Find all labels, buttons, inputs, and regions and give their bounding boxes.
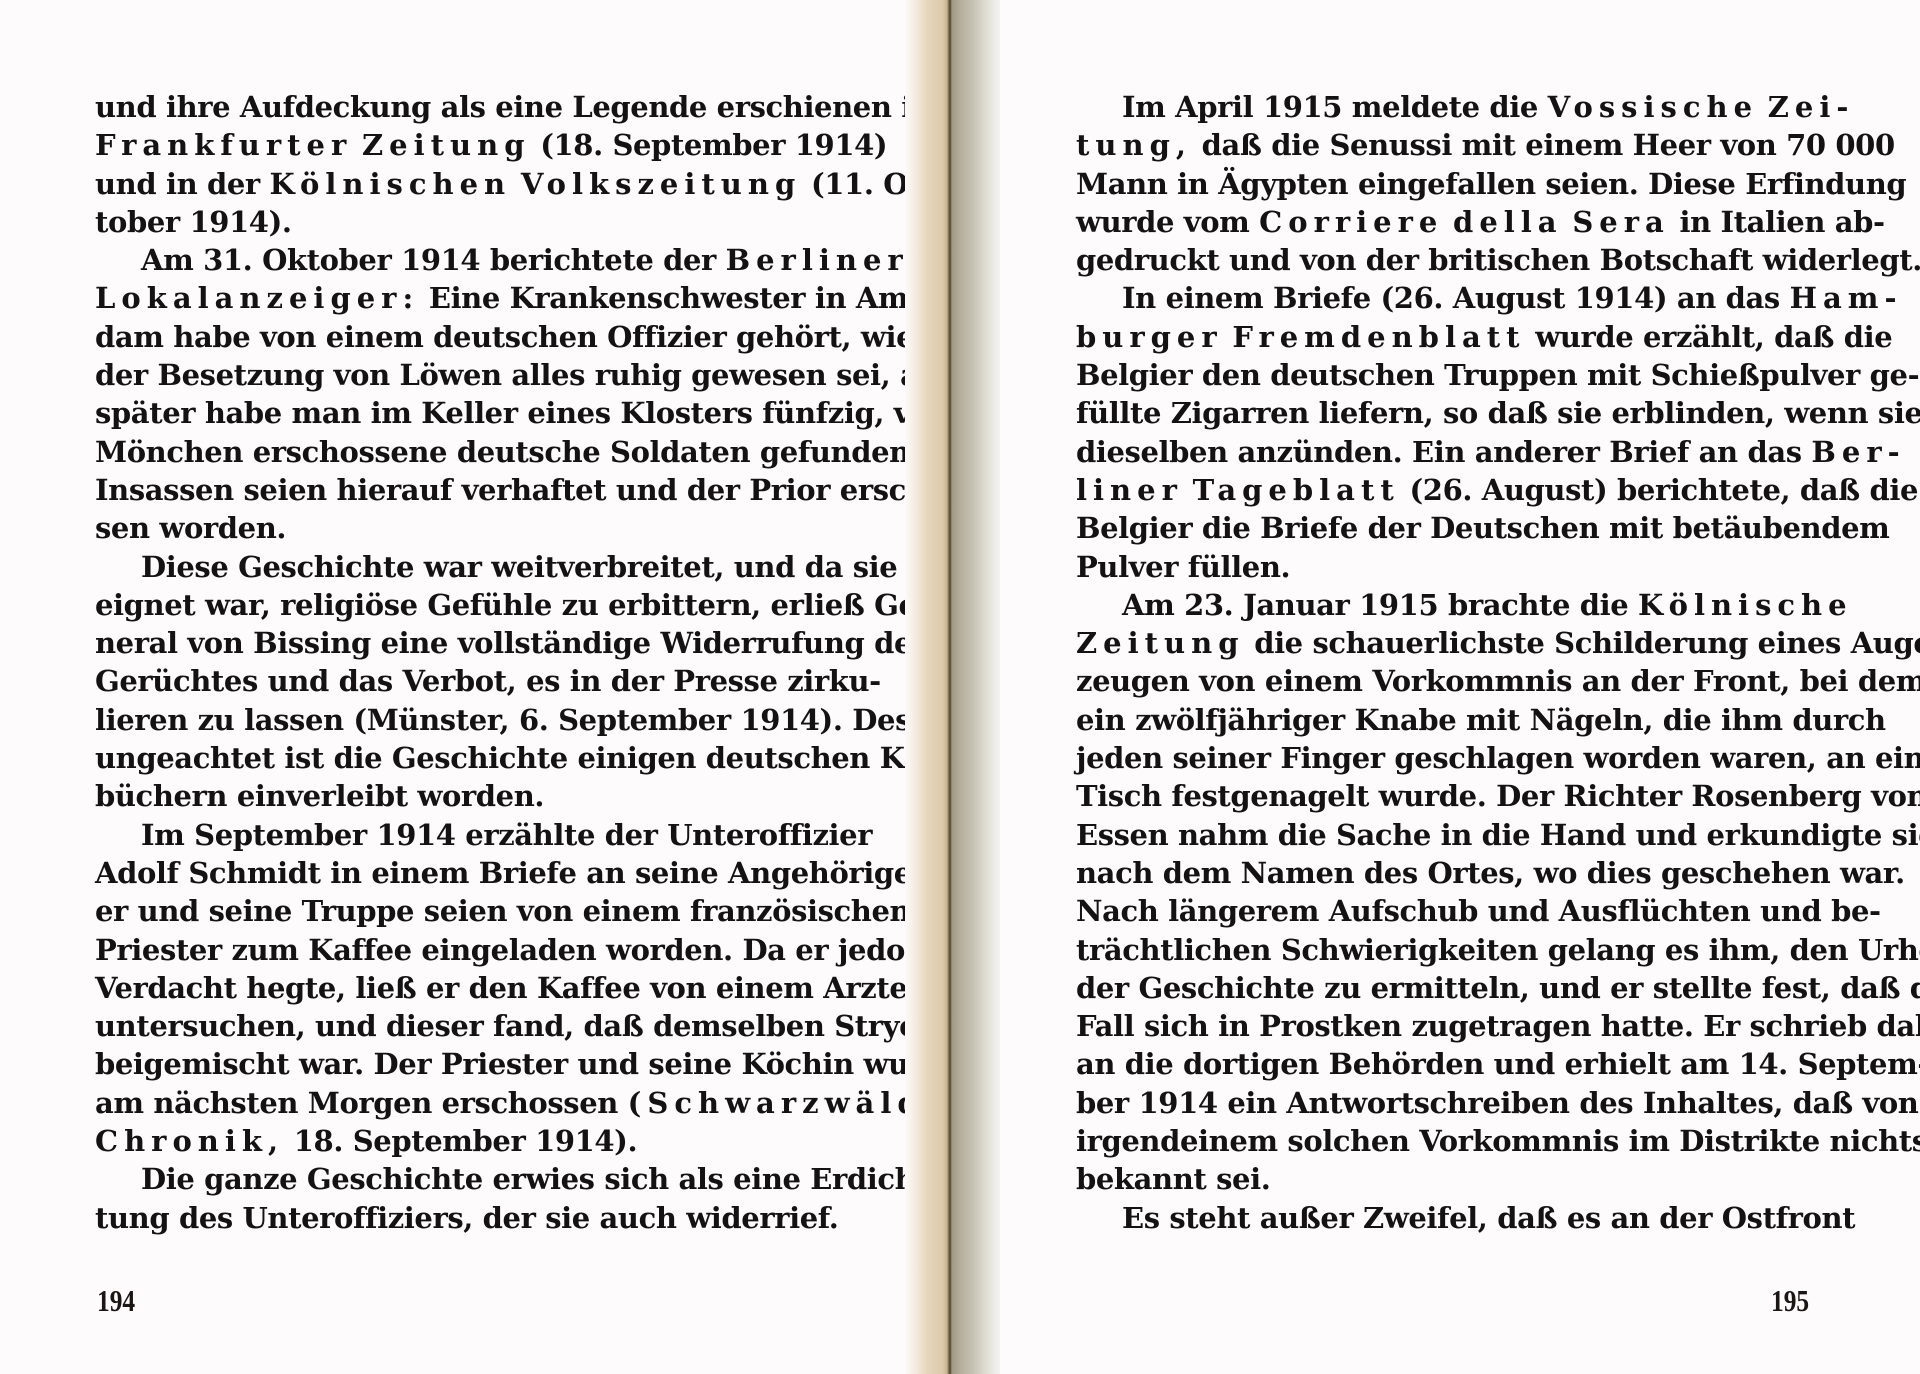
text-line: Pulver füllen. xyxy=(1076,548,1808,586)
text-line: Fall sich in Prostken zugetragen hatte. … xyxy=(1076,1007,1808,1045)
text-line: Mann in Ägypten eingefallen seien. Diese… xyxy=(1076,165,1808,203)
text-line: an die dortigen Behörden und erhielt am … xyxy=(1076,1045,1808,1083)
text-line: burger Fremdenblatt wurde erzählt, daß d… xyxy=(1076,318,1808,356)
text-line: dieselben anzünden. Ein anderer Brief an… xyxy=(1076,433,1808,471)
text-line: Im September 1914 erzählte der Unteroffi… xyxy=(95,816,827,854)
text-line: ber 1914 ein Antwortschreiben des Inhalt… xyxy=(1076,1084,1808,1122)
text-line: nach dem Namen des Ortes, wo dies gesche… xyxy=(1076,854,1808,892)
text-line: Gerüchtes und das Verbot, es in der Pres… xyxy=(95,662,827,700)
text-line: Diese Geschichte war weitverbreitet, und… xyxy=(95,548,827,586)
text-line: dam habe von einem deutschen Offizier ge… xyxy=(95,318,827,356)
text-line: ungeachtet ist die Geschichte einigen de… xyxy=(95,739,827,777)
book-spread: und ihre Aufdeckung als eine Legende ers… xyxy=(0,0,1920,1374)
text-line: Belgier den deutschen Truppen mit Schieß… xyxy=(1076,356,1808,394)
text-line: Die ganze Geschichte erwies sich als ein… xyxy=(95,1160,827,1198)
text-line: eignet war, religiöse Gefühle zu erbitte… xyxy=(95,586,827,624)
text-line: irgendeinem solchen Vorkommnis im Distri… xyxy=(1076,1122,1808,1160)
left-page: und ihre Aufdeckung als eine Legende ers… xyxy=(0,0,920,1374)
text-line: wurde vom Corriere della Sera in Italien… xyxy=(1076,203,1808,241)
text-line: sen worden. xyxy=(95,509,827,547)
text-line: am nächsten Morgen erschossen (Schwarzwä… xyxy=(95,1084,827,1122)
text-line: der Geschichte zu ermitteln, und er stel… xyxy=(1076,969,1808,1007)
text-line: Mönchen erschossene deutsche Soldaten ge… xyxy=(95,433,827,471)
text-line: Verdacht hegte, ließ er den Kaffee von e… xyxy=(95,969,827,1007)
text-line: liner Tageblatt (26. August) berichtete,… xyxy=(1076,471,1808,509)
text-line: zeugen von einem Vorkommnis an der Front… xyxy=(1076,662,1808,700)
left-page-text: und ihre Aufdeckung als eine Legende ers… xyxy=(95,88,827,1237)
text-line: Insassen seien hierauf verhaftet und der… xyxy=(95,471,827,509)
text-line: beigemischt war. Der Priester und seine … xyxy=(95,1045,827,1083)
text-line: tober 1914). xyxy=(95,203,827,241)
page-number-left: 194 xyxy=(97,1283,135,1319)
text-line: ein zwölfjähriger Knabe mit Nägeln, die … xyxy=(1076,701,1808,739)
text-line: bekannt sei. xyxy=(1076,1160,1808,1198)
text-line: der Besetzung von Löwen alles ruhig gewe… xyxy=(95,356,827,394)
text-line: Belgier die Briefe der Deutschen mit bet… xyxy=(1076,509,1808,547)
text-line: und in der Kölnischen Volkszeitung (11. … xyxy=(95,165,827,203)
text-line: lieren zu lassen (Münster, 6. September … xyxy=(95,701,827,739)
text-line: Chronik, 18. September 1914). xyxy=(95,1122,827,1160)
book-gutter xyxy=(905,0,1015,1374)
text-line: füllte Zigarren liefern, so daß sie erbl… xyxy=(1076,394,1808,432)
text-line: und ihre Aufdeckung als eine Legende ers… xyxy=(95,88,827,126)
text-line: büchern einverleibt worden. xyxy=(95,777,827,815)
text-line: Lokalanzeiger: Eine Krankenschwester in … xyxy=(95,279,827,317)
text-line: Priester zum Kaffee eingeladen worden. D… xyxy=(95,931,827,969)
text-line: jeden seiner Finger geschlagen worden wa… xyxy=(1076,739,1808,777)
text-line: er und seine Truppe seien von einem fran… xyxy=(95,892,827,930)
text-line: Im April 1915 meldete die Vossische Zei- xyxy=(1076,88,1808,126)
text-line: Nach längerem Aufschub und Ausflüchten u… xyxy=(1076,892,1808,930)
text-line: tung des Unteroffiziers, der sie auch wi… xyxy=(95,1199,827,1237)
text-line: Tisch festgenagelt wurde. Der Richter Ro… xyxy=(1076,777,1808,815)
text-line: Am 31. Oktober 1914 berichtete der Berli… xyxy=(95,241,827,279)
text-line: In einem Briefe (26. August 1914) an das… xyxy=(1076,279,1808,317)
text-line: Am 23. Januar 1915 brachte die Kölnische xyxy=(1076,586,1808,624)
text-line: Frankfurter Zeitung (18. September 1914) xyxy=(95,126,827,164)
text-line: Adolf Schmidt in einem Briefe an seine A… xyxy=(95,854,827,892)
text-line: trächtlichen Schwierigkeiten gelang es i… xyxy=(1076,931,1808,969)
text-line: neral von Bissing eine vollständige Wide… xyxy=(95,624,827,662)
text-line: später habe man im Keller eines Klosters… xyxy=(95,394,827,432)
text-line: tung, daß die Senussi mit einem Heer von… xyxy=(1076,126,1808,164)
page-number-right: 195 xyxy=(1771,1283,1809,1319)
text-line: Essen nahm die Sache in die Hand und erk… xyxy=(1076,816,1808,854)
text-line: untersuchen, und dieser fand, daß demsel… xyxy=(95,1007,827,1045)
right-page-text: Im April 1915 meldete die Vossische Zei-… xyxy=(1076,88,1808,1237)
text-line: Es steht außer Zweifel, daß es an der Os… xyxy=(1076,1199,1808,1237)
text-line: gedruckt und von der britischen Botschaf… xyxy=(1076,241,1808,279)
text-line: Zeitung die schauerlichste Schilderung e… xyxy=(1076,624,1808,662)
right-page: Im April 1915 meldete die Vossische Zei-… xyxy=(1000,0,1920,1374)
